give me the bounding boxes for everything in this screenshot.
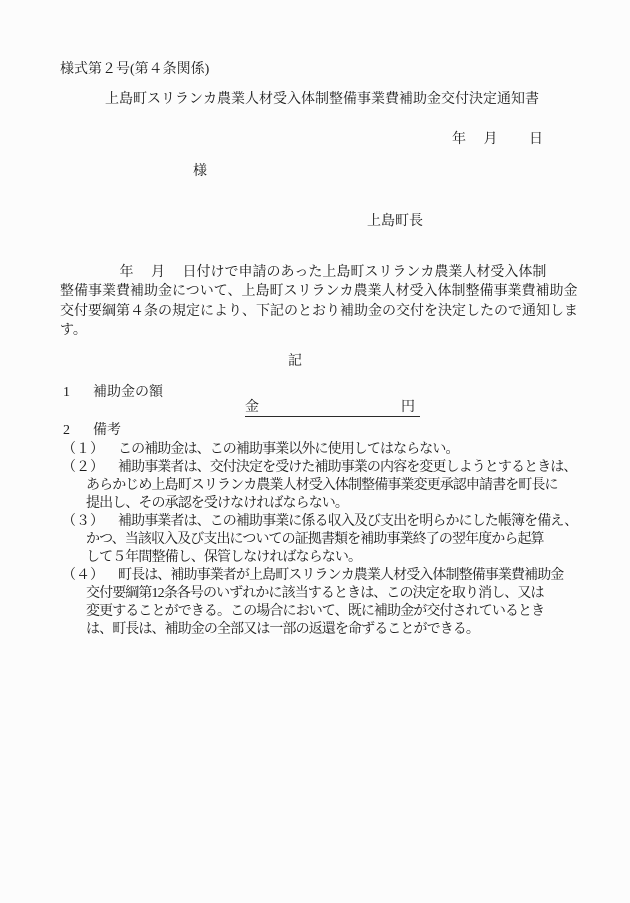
note-line: 交付要綱第12条各号のいずれかに該当するときは、この決定を取り消し、又は xyxy=(86,586,544,601)
body-paragraph-line: 交付要綱第４条の規定により、下記のとおり補助金の交付を決定したので通知しま xyxy=(60,304,578,319)
note-line: は、町長は、補助金の全部又は一部の返還を命ずることができる。 xyxy=(86,622,479,637)
item-label: 備考 xyxy=(93,423,121,438)
note-marker: （４） xyxy=(62,568,104,583)
addressee-honorific: 様 xyxy=(193,164,207,179)
note-marker: （１） xyxy=(62,442,104,457)
body-paragraph-line: 年 月 日付けで申請のあった上島町スリランカ農業人材受入体制 xyxy=(60,265,546,280)
note-line: かつ、当該収入及び支出についての証拠書類を補助事業終了の翌年度から起算 xyxy=(86,532,544,547)
note-marker: （２） xyxy=(62,460,104,475)
document-title: 上島町スリランカ農業人材受入体制整備事業費補助金交付決定通知書 xyxy=(105,92,539,107)
record-heading: 記 xyxy=(288,354,302,369)
item-number: 2 xyxy=(63,423,70,438)
form-number-label: 様式第２号(第４条関係) xyxy=(60,62,209,77)
body-paragraph-line: 整備事業費補助金について、上島町スリランカ農業人材受入体制整備事業費補助金 xyxy=(60,284,577,299)
note-line: 補助事業者は、この補助事業に係る収入及び支出を明らかにした帳簿を備え、 xyxy=(118,514,577,529)
amount-underline: 金 円 xyxy=(245,400,420,417)
amount-field: 金 円 xyxy=(231,385,420,432)
note-line: あらかじめ上島町スリランカ農業人材受入体制整備事業変更承認申請書を町長に xyxy=(86,478,558,493)
note-line: 提出し、その承認を受けなければならない。 xyxy=(86,496,348,511)
body-paragraph-line: す。 xyxy=(60,323,87,338)
document-page: 様式第２号(第４条関係) 上島町スリランカ農業人材受入体制整備事業費補助金交付決… xyxy=(0,0,630,903)
note-line: この補助金は、この補助事業以外に使用してはならない。 xyxy=(118,442,459,457)
note-line: 補助事業者は、交付決定を受けた補助事業の内容を変更しようとするときは、 xyxy=(118,460,577,475)
amount-prefix: 金 xyxy=(245,400,259,416)
issue-date-line: 年 月 日 xyxy=(452,132,543,147)
item-number: 1 xyxy=(63,385,70,400)
note-line: して５年間整備し、保管しなければならない。 xyxy=(86,550,361,565)
note-line: 町長は、補助事業者が上島町スリランカ農業人材受入体制整備事業費補助金 xyxy=(118,568,563,583)
item-label: 補助金の額 xyxy=(93,385,163,400)
sender-title: 上島町長 xyxy=(367,214,423,229)
note-marker: （３） xyxy=(62,514,104,529)
amount-unit: 円 xyxy=(401,400,415,416)
note-line: 変更することができる。この場合において、既に補助金が交付されているとき xyxy=(86,604,544,619)
